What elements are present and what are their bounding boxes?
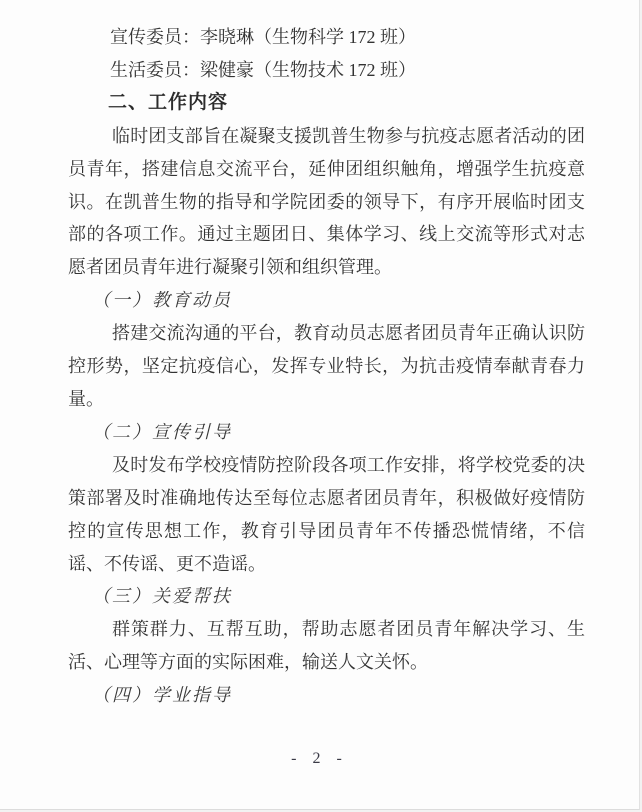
document-content: 宣传委员：李晓琳（生物科学 172 班） 生活委员：梁健豪（生物技术 172 班… (68, 21, 585, 712)
committee-line-life: 生活委员：梁健豪（生物技术 172 班） (68, 54, 585, 87)
subsection-heading-publicity-guidance: （二）宣传引导 (68, 416, 585, 449)
subsection-heading-education-mobilization: （一）教育动员 (68, 284, 585, 317)
section-heading-work-content: 二、工作内容 (68, 87, 585, 120)
document-page: 宣传委员：李晓琳（生物科学 172 班） 生活委员：梁健豪（生物技术 172 班… (0, 0, 640, 810)
subsection-body-care-support: 群策群力、互帮互助，帮助志愿者团员青年解决学习、生活、心理等方面的实际困难，输送… (68, 613, 585, 679)
subsection-body-education-mobilization: 搭建交流沟通的平台，教育动员志愿者团员青年正确认识防控形势，坚定抗疫信心，发挥专… (68, 317, 585, 416)
subsection-heading-academic-guidance: （四）学业指导 (68, 679, 585, 712)
intro-paragraph: 临时团支部旨在凝聚支援凯普生物参与抗疫志愿者活动的团员青年，搭建信息交流平台，延… (68, 120, 585, 285)
committee-line-publicity: 宣传委员：李晓琳（生物科学 172 班） (68, 21, 585, 54)
page-number: - 2 - (0, 750, 639, 768)
subsection-body-publicity-guidance: 及时发布学校疫情防控阶段各项工作安排，将学校党委的决策部署及时准确地传达至每位志… (68, 449, 585, 581)
subsection-heading-care-support: （三）关爱帮扶 (68, 580, 585, 613)
